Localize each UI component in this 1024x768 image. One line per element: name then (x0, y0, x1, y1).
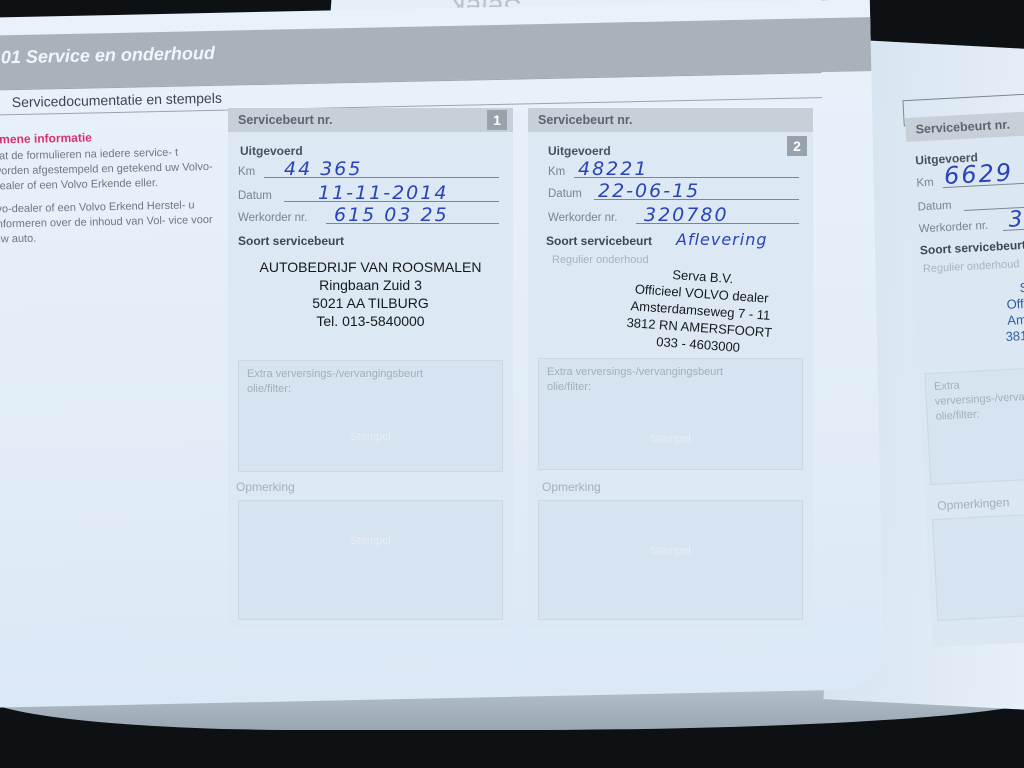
opmerkingen-label: Opmerkingen (937, 495, 1010, 513)
dealer-stamp: S Officie Amste 3812 R 0 (974, 277, 1024, 362)
card-header: Servicebeurt nr. 2 (528, 108, 813, 132)
olie-label: olie/filter: (935, 409, 980, 423)
werkorder-label: Werkorder nr. (548, 212, 617, 224)
extra-box: Extra verversings-/vervangingsbeurtolie/… (924, 366, 1024, 485)
uitgevoerd-label: Uitgevoerd (240, 144, 303, 158)
service-card-2: Servicebeurt nr. 2 Uitgevoerd Km 48221 D… (528, 108, 813, 628)
datum-label: Datum (238, 190, 272, 202)
extra-box: Extra verversings-/vervangingsbeurtolie/… (538, 358, 803, 470)
km-value: 6629 (943, 158, 1013, 190)
datum-value: 11-11-2014 (318, 182, 448, 204)
km-row: Km 6629 (916, 166, 1024, 191)
opmerking-label: Opmerking (542, 480, 601, 494)
datum-row: Datum 11-11-2014 (238, 186, 499, 204)
opmerking-box (932, 512, 1024, 621)
card-number-badge: 1 (487, 110, 507, 130)
opmerking-label: Opmerking (236, 480, 295, 494)
km-label: Km (916, 177, 934, 190)
stamp-placeholder: Stempel (539, 545, 802, 557)
service-card-1: Servicebeurt nr. 1 Uitgevoerd Km 44 365 … (228, 108, 513, 628)
werkorder-row: Werkorder nr. 3 (918, 212, 1024, 237)
werkorder-row: Werkorder nr. 320780 (548, 208, 799, 226)
km-value: 44 365 (284, 158, 362, 180)
stamp-placeholder: Stempel (539, 433, 802, 445)
card-header-label: Servicebeurt nr. (238, 113, 333, 127)
soort-label: Soort servicebeurt (238, 234, 344, 248)
km-row: Km 48221 (548, 162, 799, 180)
km-value: 48221 (578, 158, 648, 180)
stamp-placeholder: Stempel (239, 535, 502, 547)
werkorder-value: 615 03 25 (334, 204, 449, 226)
werkorder-value: 3 (1008, 207, 1024, 233)
card-header-label: Servicebeurt nr. (538, 113, 633, 127)
soort-label: Soort servicebeurt (920, 238, 1024, 258)
stamp-placeholder: Stempel (239, 431, 502, 443)
info-paragraph-1: dat de formulieren na iedere service- t … (0, 145, 214, 195)
km-label: Km (548, 166, 565, 178)
datum-row: Datum 22-06-15 (548, 184, 799, 202)
card-header: Servicebeurt nr. 1 (228, 108, 513, 132)
soort-label: Soort servicebeurt (546, 234, 652, 248)
extra-label: Extra verversings-/vervangingsbeurt (934, 380, 1024, 408)
werkorder-row: Werkorder nr. 615 03 25 (238, 208, 499, 226)
werkorder-label: Werkorder nr. (919, 220, 989, 236)
extra-label: Extra verversings-/vervangingsbeurt (247, 368, 423, 380)
dealer-stamp: Serva B.V. Officieel VOLVO dealer Amster… (585, 260, 815, 360)
opmerking-box: Stempel (238, 500, 503, 620)
card-header-label: Servicebeurt nr. (915, 118, 1010, 137)
km-row: Km 44 365 (238, 162, 499, 180)
card-number-badge: 2 (787, 136, 807, 156)
opmerking-box: Stempel (538, 500, 803, 620)
section-title: Servicedocumentatie en stempels (12, 90, 222, 110)
extra-label: Extra verversings-/vervangingsbeurt (547, 366, 723, 378)
olie-label: olie/filter: (547, 381, 591, 393)
chapter-title: 01 Service en onderhoud (1, 43, 215, 68)
datum-value: 22-06-15 (598, 180, 700, 202)
dealer-stamp: AUTOBEDRIJF VAN ROOSMALEN Ringbaan Zuid … (238, 258, 503, 330)
general-info: emene informatie dat de formulieren na i… (0, 128, 215, 256)
werkorder-label: Werkorder nr. (238, 212, 307, 224)
datum-label: Datum (548, 188, 582, 200)
datum-label: Datum (917, 200, 951, 214)
olie-label: olie/filter: (247, 383, 291, 395)
km-label: Km (238, 166, 255, 178)
regulier-label: Regulier onderhoud (923, 258, 1020, 275)
uitgevoerd-label: Uitgevoerd (548, 144, 611, 158)
info-paragraph-2: lvo-dealer of een Volvo Erkend Herstel- … (0, 198, 215, 248)
extra-box: Extra verversings-/vervangingsbeurtolie/… (238, 360, 503, 472)
soort-value: Aflevering (676, 230, 768, 249)
werkorder-value: 320780 (644, 204, 729, 226)
